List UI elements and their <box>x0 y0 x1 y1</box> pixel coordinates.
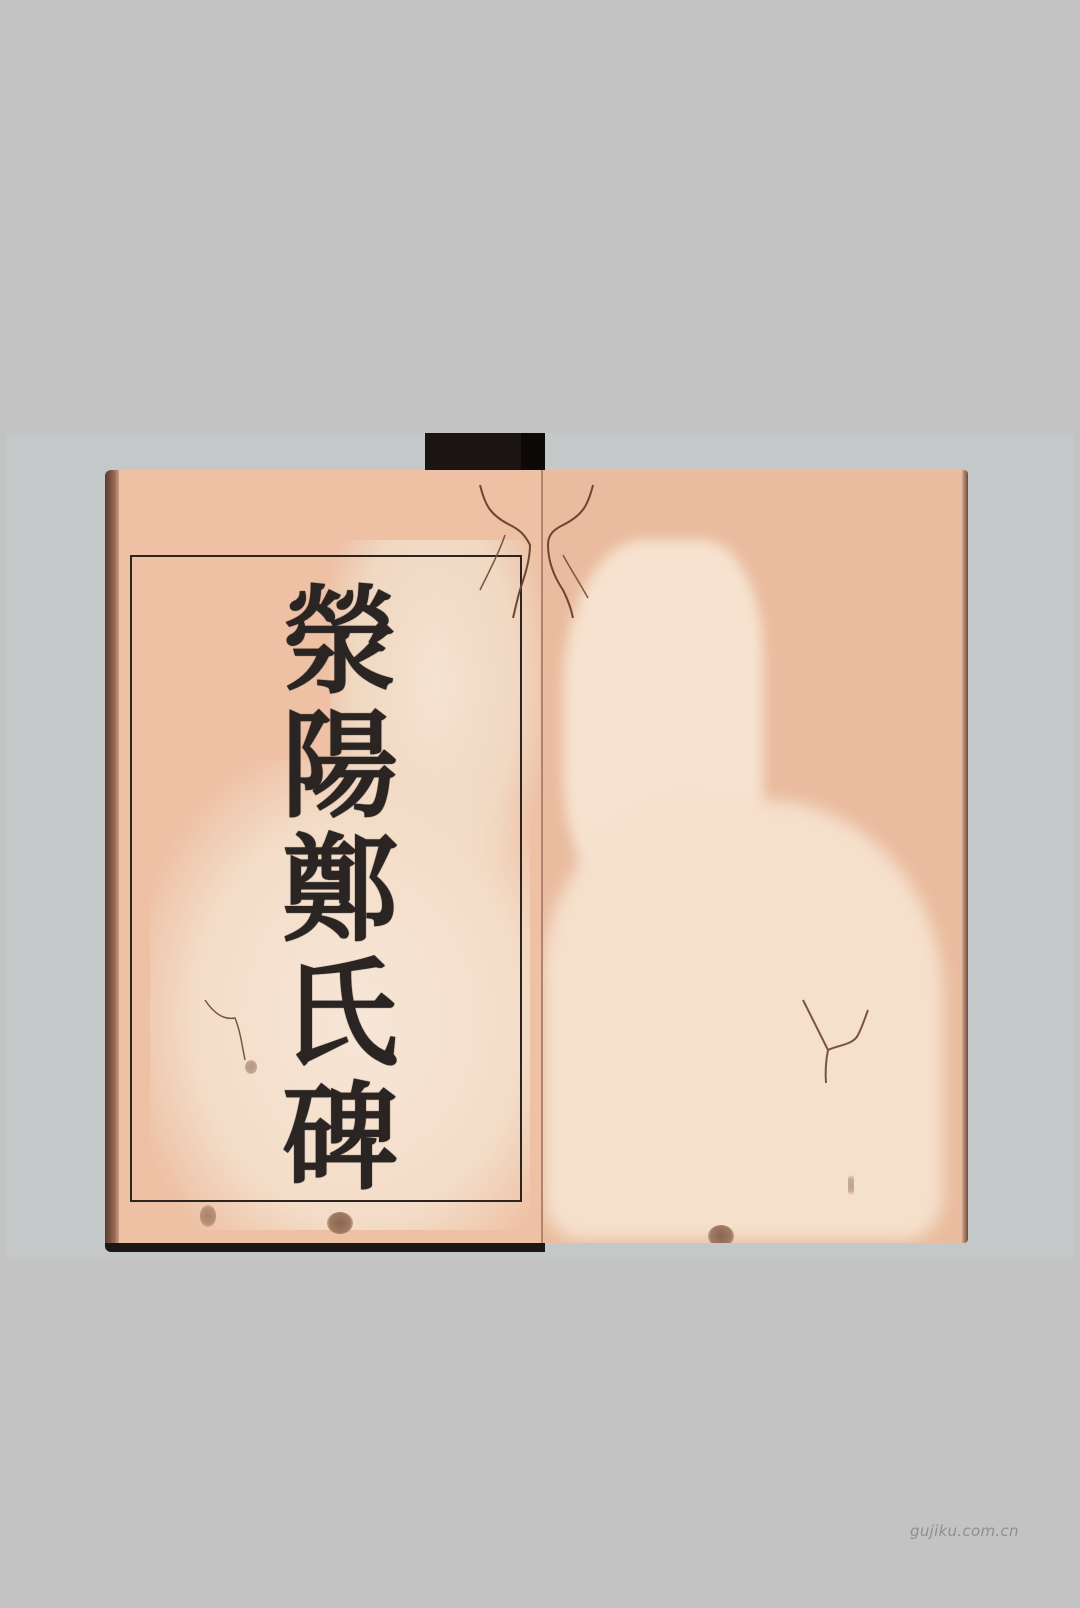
title-char-5: 碑 <box>282 1076 398 1200</box>
title-char-1: 滎 <box>282 580 398 704</box>
ink-spot <box>245 1060 257 1074</box>
page-fore-edge <box>962 470 968 1243</box>
water-stain-lower <box>543 800 943 1240</box>
cover-title: 滎 陽 鄭 氏 碑 <box>250 580 430 1200</box>
site-watermark: gujiku.com.cn <box>910 1522 1019 1540</box>
book-spine-edge <box>105 470 119 1243</box>
left-page-title-leaf: 滎 陽 鄭 氏 碑 <box>105 470 542 1243</box>
title-char-4: 氏 <box>282 952 398 1076</box>
title-char-3: 鄭 <box>282 828 398 952</box>
title-char-2: 陽 <box>282 704 398 828</box>
ink-spot <box>848 1175 854 1195</box>
right-page-blank <box>543 470 968 1243</box>
ink-spot <box>708 1225 734 1243</box>
ink-spot <box>200 1205 216 1227</box>
ink-spot <box>327 1212 353 1234</box>
binding-clip-shadow <box>425 433 545 473</box>
